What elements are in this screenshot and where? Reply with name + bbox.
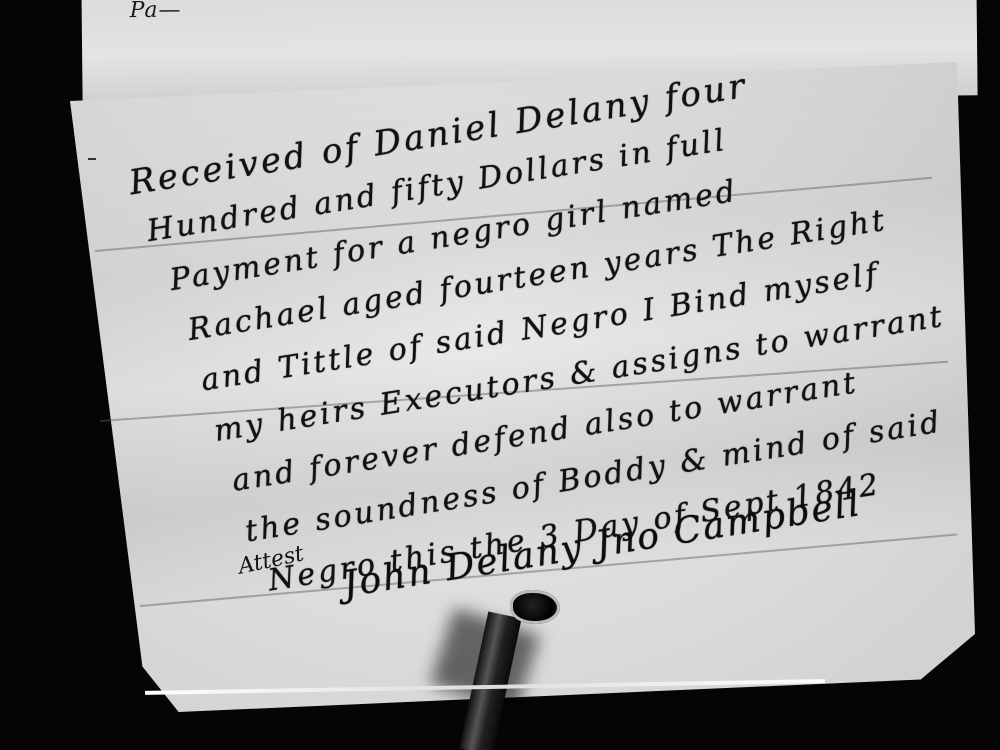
wax-seal bbox=[510, 590, 560, 624]
back-sheet-text: Pa— bbox=[130, 0, 182, 23]
margin-mark bbox=[88, 158, 96, 160]
